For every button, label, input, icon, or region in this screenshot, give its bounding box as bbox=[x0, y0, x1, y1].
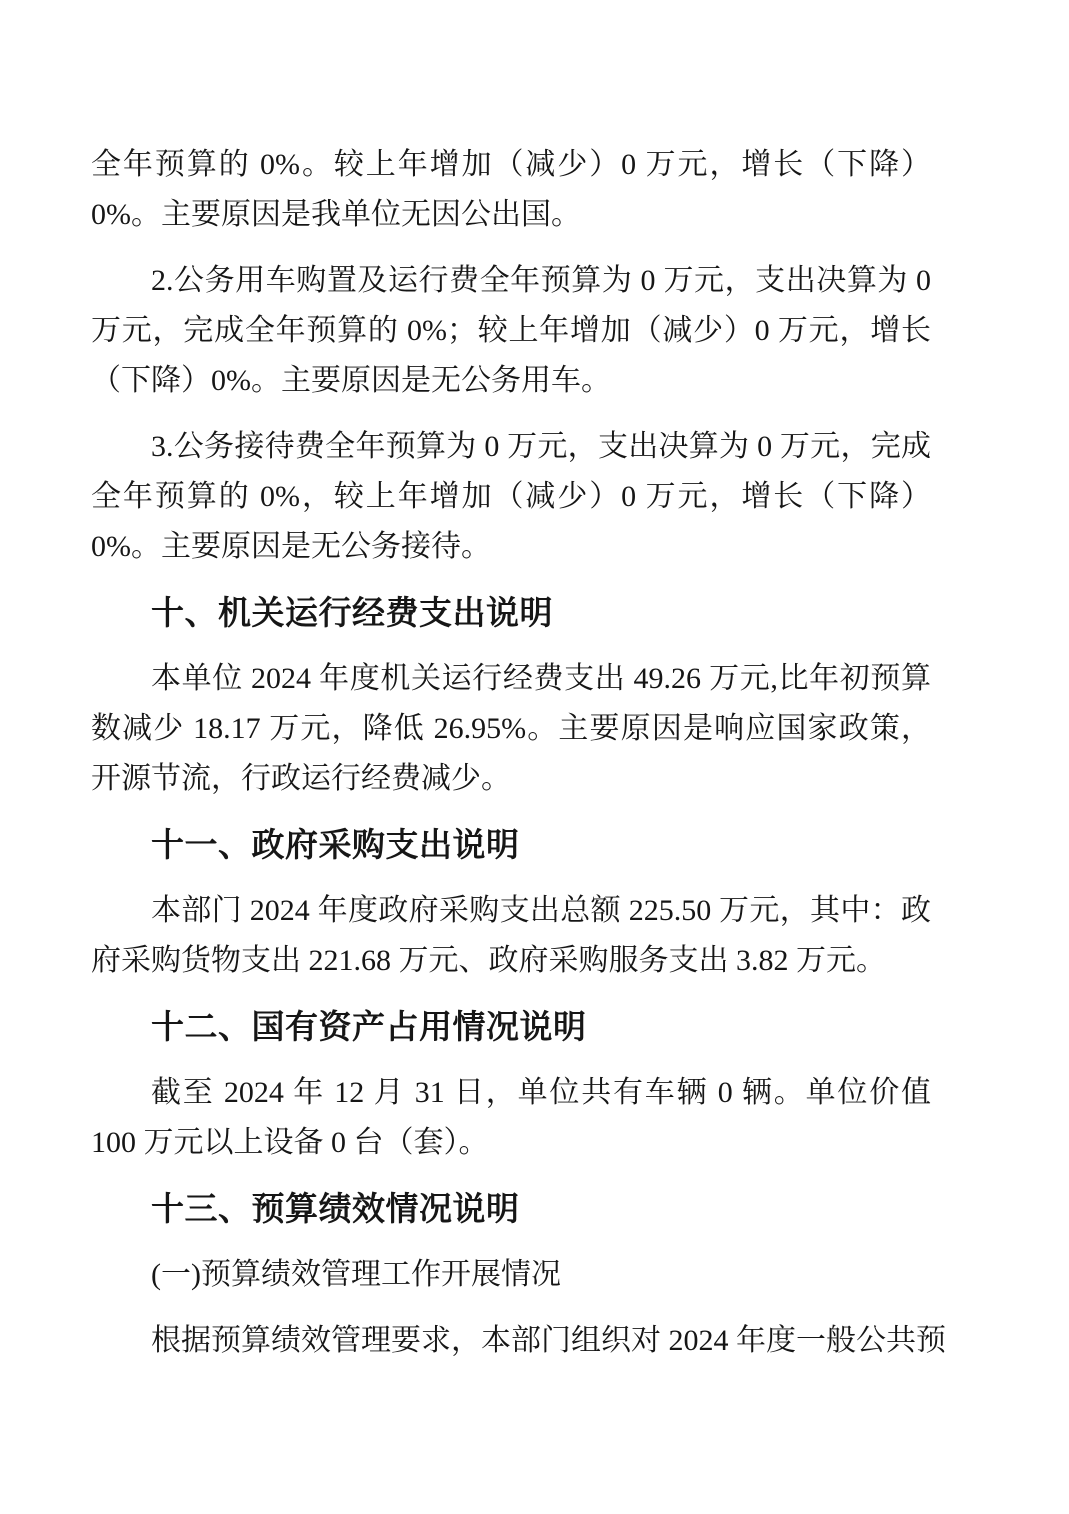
section-heading: 十三、预算绩效情况说明 bbox=[91, 1184, 931, 1234]
section-heading: 十二、国有资产占用情况说明 bbox=[91, 1002, 931, 1052]
body-paragraph: 截至 2024 年 12 月 31 日，单位共有车辆 0 辆。单位价值 100 … bbox=[91, 1068, 931, 1168]
body-paragraph: 本部门 2024 年度政府采购支出总额 225.50 万元，其中：政府采购货物支… bbox=[91, 886, 931, 986]
section-heading: 十、机关运行经费支出说明 bbox=[91, 588, 931, 638]
body-paragraph-continued: 全年预算的 0%。较上年增加（减少）0 万元，增长（下降）0%。主要原因是我单位… bbox=[91, 140, 931, 240]
subsection-heading: (一)预算绩效管理工作开展情况 bbox=[91, 1250, 931, 1300]
document-page: 全年预算的 0%。较上年增加（减少）0 万元，增长（下降）0%。主要原因是我单位… bbox=[0, 0, 1069, 1366]
body-paragraph: 根据预算绩效管理要求，本部门组织对 2024 年度一般公共预 bbox=[91, 1316, 931, 1366]
body-paragraph: 3.公务接待费全年预算为 0 万元，支出决算为 0 万元，完成全年预算的 0%，… bbox=[91, 422, 931, 572]
section-heading: 十一、政府采购支出说明 bbox=[91, 820, 931, 870]
body-paragraph: 2.公务用车购置及运行费全年预算为 0 万元，支出决算为 0 万元，完成全年预算… bbox=[91, 256, 931, 406]
body-paragraph: 本单位 2024 年度机关运行经费支出 49.26 万元,比年初预算数减少 18… bbox=[91, 654, 931, 804]
